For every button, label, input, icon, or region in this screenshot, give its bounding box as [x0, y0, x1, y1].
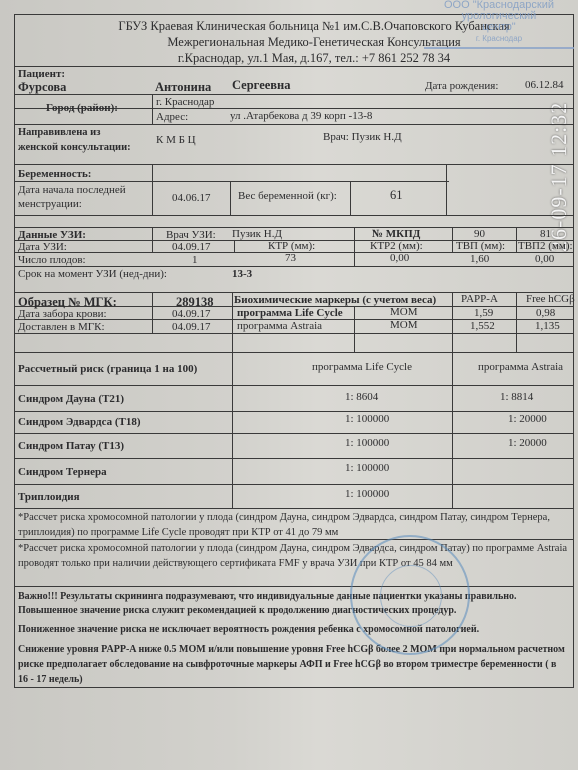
risk-row-lifecycle: 1: 100000 — [345, 462, 389, 474]
weight-value: 61 — [390, 188, 403, 203]
city-value: г. Краснодар — [156, 96, 214, 108]
dob-label: Дата рождения: — [425, 80, 498, 92]
address-label: Адрес: — [156, 111, 188, 123]
dob-value: 06.12.84 — [525, 79, 564, 91]
referral-label: Направивлена из — [18, 127, 100, 138]
us-date-value: 04.09.17 — [172, 241, 211, 253]
risk-row-name: Синдром Тернера — [18, 466, 107, 478]
risk-row-name: Триплоидия — [18, 491, 80, 503]
risk-col-astraia: программа Astraia — [478, 361, 563, 373]
patient-label: Пациент: — [18, 68, 65, 80]
term-value: 13-3 — [232, 268, 252, 280]
hcg-astraia: 1,135 — [535, 320, 560, 332]
hcg-lifecycle: 0,98 — [536, 307, 555, 319]
ktr2-value: 0,00 — [390, 252, 409, 264]
tvp-value: 1,60 — [470, 253, 489, 265]
ktr2-label: КТР2 (мм): — [370, 240, 423, 252]
important-note: Повышенное значение риска служит рекомен… — [18, 603, 574, 618]
important-note: Важно!!! Результаты скрининга подразумев… — [18, 589, 574, 604]
ultrasound-label: Данные УЗИ: — [18, 229, 86, 241]
delivered-label: Доставлен в МГК: — [18, 321, 105, 333]
risk-header-label: Рассчетный риск (граница 1 на 100) — [18, 363, 197, 375]
referral-doctor: Врач: Пузик Н.Д — [323, 131, 402, 143]
blood-date-label: Дата забора крови: — [18, 308, 107, 320]
us-doctor-value: Пузик Н.Д — [232, 228, 282, 240]
risk-row-name: Синдром Дауна (T21) — [18, 393, 124, 405]
blood-date-value: 04.09.17 — [172, 308, 211, 320]
ktr-label: КТР (мм): — [268, 240, 315, 252]
papp-astraia: 1,552 — [470, 320, 495, 332]
lmp-label: менструации: — [18, 198, 82, 210]
lmp-value: 04.06.17 — [172, 192, 211, 204]
tvp-label: ТВП (мм): — [456, 240, 505, 252]
mkpd-value-1: 90 — [474, 228, 485, 240]
round-seal-stamp — [350, 535, 470, 655]
tvp2-value: 0,00 — [535, 253, 554, 265]
fetuses-value: 1 — [192, 254, 198, 266]
us-date-label: Дата УЗИ: — [18, 241, 67, 253]
risk-row-astraia: 1: 8814 — [500, 391, 533, 403]
delivered-date: 04.09.17 — [172, 321, 211, 333]
risk-row-name: Синдром Патау (T13) — [18, 440, 124, 452]
risk-row-name: Синдром Эдвардса (T18) — [18, 416, 141, 428]
mom-unit: МОМ — [390, 319, 418, 331]
pregnancy-label: Беременность: — [18, 168, 91, 180]
mkpd-label: № МКПД — [372, 228, 420, 240]
risk-row-astraia: 1: 20000 — [508, 413, 547, 425]
risk-row-lifecycle: 1: 100000 — [345, 488, 389, 500]
risk-row-astraia: 1: 20000 — [508, 437, 547, 449]
lifecycle-note: *Рассчет риска хромосомной патологии у п… — [18, 510, 570, 540]
city-label: Город (район): — [46, 102, 118, 114]
free-hcg-label: Free hCGβ — [526, 293, 575, 305]
mom-unit: МОМ — [390, 306, 418, 318]
photo-timestamp: 26-09-17 12:32 — [546, 22, 576, 252]
important-note: Пониженное значение риска не исключает в… — [18, 622, 574, 637]
markers-label: Биохимические маркеры (с учетом веса) — [234, 294, 436, 306]
lmp-label: Дата начала последней — [18, 184, 126, 196]
program-lifecycle-label: программа Life Cycle — [237, 307, 343, 319]
astraia-note: *Рассчет риска хромосомной патологии у п… — [18, 541, 570, 571]
patient-first-name: Антонина — [155, 80, 211, 95]
tvp2-label: ТВП2 (мм): — [518, 240, 573, 252]
mkpd-value-2: 81 — [540, 228, 551, 240]
risk-row-lifecycle: 1: 100000 — [345, 437, 389, 449]
papp-lifecycle: 1,59 — [474, 307, 493, 319]
risk-row-lifecycle: 1: 100000 — [345, 413, 389, 425]
fetuses-label: Число плодов: — [18, 254, 86, 266]
risk-col-lifecycle: программа Life Cycle — [312, 361, 412, 373]
ktr-value: 73 — [285, 252, 296, 264]
term-label: Срок на момент УЗИ (нед-дни): — [18, 268, 167, 280]
address-value: ул .Атарбекова д 39 корп -13-8 — [230, 110, 372, 122]
referral-value: К М Б Ц — [156, 134, 196, 146]
patient-last-name: Фурсова — [18, 80, 66, 95]
program-astraia-label: программа Astraia — [237, 320, 322, 332]
important-note: Снижение уровня PAPP-A ниже 0.5 МОМ и/ил… — [18, 642, 566, 687]
risk-row-lifecycle: 1: 8604 — [345, 391, 378, 403]
patient-middle-name: Сергеевна — [232, 78, 291, 93]
weight-label: Вес беременной (кг): — [238, 190, 337, 202]
clinic-address: г.Краснодар, ул.1 Мая, д.167, тел.: +7 8… — [14, 50, 574, 66]
papp-a-label: PAPP-A — [461, 293, 498, 305]
referral-label: женской консультации: — [18, 142, 131, 153]
us-doctor-label: Врач УЗИ: — [166, 229, 216, 241]
